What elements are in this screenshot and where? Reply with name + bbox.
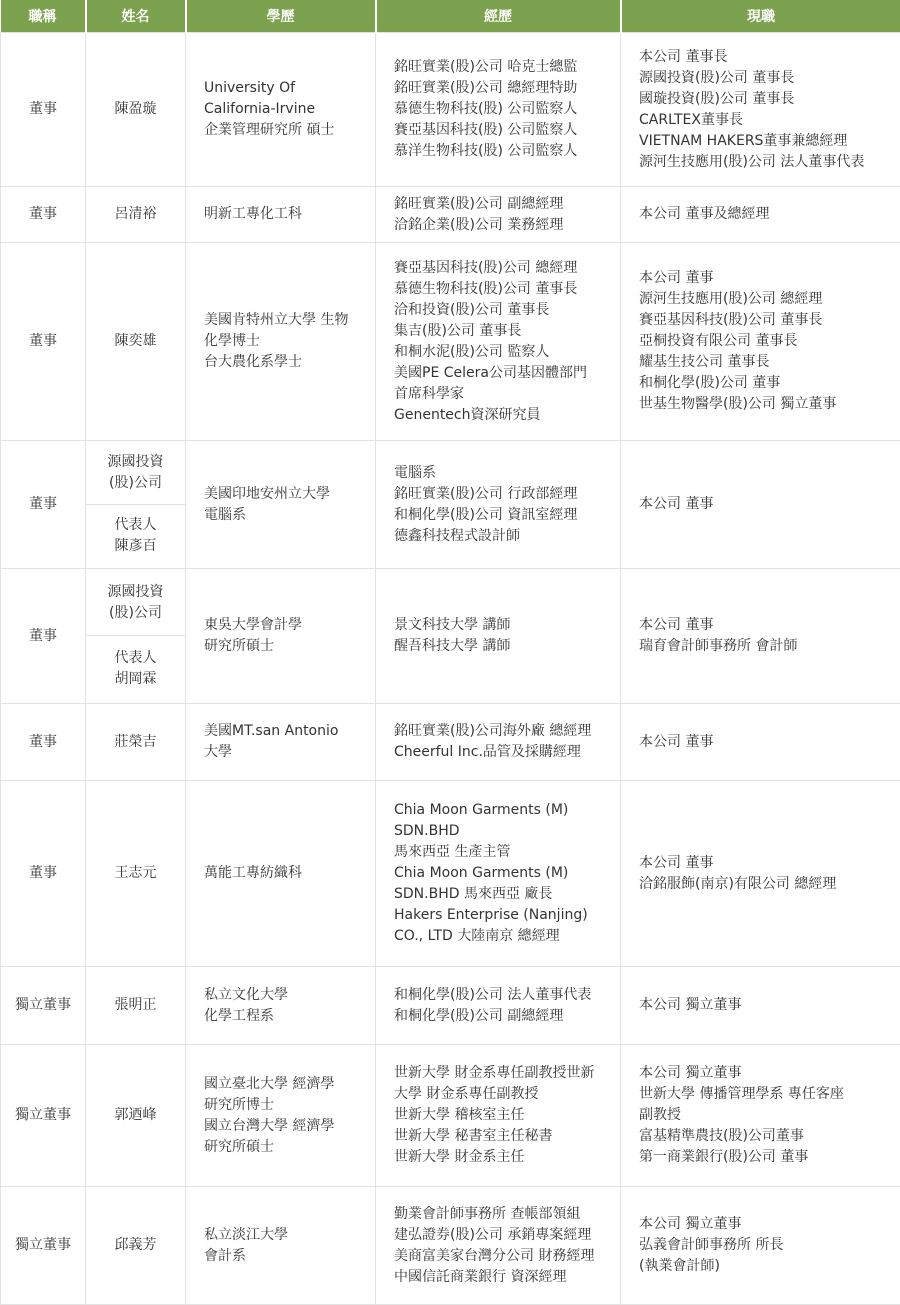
table-row: 董事呂清裕明新工專化工科銘旺實業(股)公司 副總經理 洽銘企業(股)公司 業務經…: [1, 187, 900, 243]
header-row: 職稱 姓名 學歷 經歷 現職: [1, 0, 900, 33]
cell-name: 源國投資 (股)公司代表人 胡岡霖: [86, 569, 186, 704]
cell-experience: 景文科技大學 講師 醒吾科技大學 講師: [376, 569, 621, 704]
name-split-wrap: 源國投資 (股)公司代表人 胡岡霖: [86, 570, 185, 702]
name-representative: 代表人 胡岡霖: [86, 636, 185, 702]
table-row: 董事源國投資 (股)公司代表人 胡岡霖東吳大學會計學 研究所碩士景文科技大學 講…: [1, 569, 900, 704]
cell-education: 私立淡江大學 會計系: [186, 1187, 376, 1305]
table-row: 董事莊榮吉美國MT.san Antonio 大學銘旺實業(股)公司海外廠 總經理…: [1, 704, 900, 781]
header-current: 現職: [621, 0, 900, 33]
cell-title: 董事: [1, 441, 86, 569]
name-representative: 代表人 陳彥百: [86, 505, 185, 567]
header-education: 學歷: [186, 0, 376, 33]
cell-current-position: 本公司 董事: [621, 441, 900, 569]
table-row: 獨立董事張明正私立文化大學 化學工程系和桐化學(股)公司 法人董事代表 和桐化學…: [1, 967, 900, 1045]
cell-current-position: 本公司 董事及總經理: [621, 187, 900, 243]
cell-experience: 和桐化學(股)公司 法人董事代表 和桐化學(股)公司 副總經理: [376, 967, 621, 1045]
table-header: 職稱 姓名 學歷 經歷 現職: [1, 0, 900, 33]
cell-name: 張明正: [86, 967, 186, 1045]
table-row: 獨立董事郭迺峰國立臺北大學 經濟學 研究所博士 國立台灣大學 經濟學 研究所碩士…: [1, 1045, 900, 1187]
cell-title: 獨立董事: [1, 1045, 86, 1187]
cell-title: 獨立董事: [1, 967, 86, 1045]
name-split-wrap: 源國投資 (股)公司代表人 陳彥百: [86, 443, 185, 567]
cell-title: 董事: [1, 704, 86, 781]
table-row: 董事陳奕雄美國肯特州立大學 生物 化學博士 台大農化系學士賽亞基因科技(股)公司…: [1, 243, 900, 441]
name-corporate-shareholder: 源國投資 (股)公司: [86, 443, 185, 505]
cell-name: 郭迺峰: [86, 1045, 186, 1187]
header-title: 職稱: [1, 0, 86, 33]
cell-education: University Of California-Irvine 企業管理研究所 …: [186, 33, 376, 187]
cell-current-position: 本公司 獨立董事 世新大學 傳播管理學系 專任客座 副教授 富基精準農技(股)公…: [621, 1045, 900, 1187]
cell-title: 董事: [1, 781, 86, 967]
cell-current-position: 本公司 董事 瑞育會計師事務所 會計師: [621, 569, 900, 704]
table-row: 董事陳盈璇University Of California-Irvine 企業管…: [1, 33, 900, 187]
cell-experience: 電腦系 銘旺實業(股)公司 行政部經理 和桐化學(股)公司 資訊室經理 德鑫科技…: [376, 441, 621, 569]
cell-education: 東吳大學會計學 研究所碩士: [186, 569, 376, 704]
cell-name: 陳奕雄: [86, 243, 186, 441]
name-corporate-shareholder: 源國投資 (股)公司: [86, 570, 185, 636]
cell-education: 美國MT.san Antonio 大學: [186, 704, 376, 781]
cell-education: 明新工專化工科: [186, 187, 376, 243]
cell-current-position: 本公司 獨立董事: [621, 967, 900, 1045]
cell-title: 董事: [1, 187, 86, 243]
cell-experience: 銘旺實業(股)公司 副總經理 洽銘企業(股)公司 業務經理: [376, 187, 621, 243]
table-row: 獨立董事邱義芳私立淡江大學 會計系勤業會計師事務所 查帳部領組 建弘證券(股)公…: [1, 1187, 900, 1305]
table-row: 董事王志元萬能工專紡織科Chia Moon Garments (M) SDN.B…: [1, 781, 900, 967]
table-row: 董事源國投資 (股)公司代表人 陳彥百美國印地安州立大學 電腦系電腦系 銘旺實業…: [1, 441, 900, 569]
cell-education: 私立文化大學 化學工程系: [186, 967, 376, 1045]
cell-current-position: 本公司 董事 源河生技應用(股)公司 總經理 賽亞基因科技(股)公司 董事長 亞…: [621, 243, 900, 441]
cell-experience: 世新大學 財金系專任副教授世新 大學 財金系專任副教授 世新大學 稽核室主任 世…: [376, 1045, 621, 1187]
cell-education: 美國肯特州立大學 生物 化學博士 台大農化系學士: [186, 243, 376, 441]
cell-name: 呂清裕: [86, 187, 186, 243]
header-name: 姓名: [86, 0, 186, 33]
cell-name: 源國投資 (股)公司代表人 陳彥百: [86, 441, 186, 569]
cell-name: 莊榮吉: [86, 704, 186, 781]
cell-current-position: 本公司 獨立董事 弘義會計師事務所 所長 (執業會計師): [621, 1187, 900, 1305]
table-body: 董事陳盈璇University Of California-Irvine 企業管…: [1, 33, 900, 1305]
cell-experience: 勤業會計師事務所 查帳部領組 建弘證券(股)公司 承銷專案經理 美商富美家台灣分…: [376, 1187, 621, 1305]
cell-name: 邱義芳: [86, 1187, 186, 1305]
cell-education: 美國印地安州立大學 電腦系: [186, 441, 376, 569]
cell-title: 董事: [1, 243, 86, 441]
directors-table: 職稱 姓名 學歷 經歷 現職 董事陳盈璇University Of Califo…: [0, 0, 900, 1305]
cell-current-position: 本公司 董事 洽銘服飾(南京)有限公司 總經理: [621, 781, 900, 967]
cell-experience: Chia Moon Garments (M) SDN.BHD 馬來西亞 生產主管…: [376, 781, 621, 967]
cell-title: 獨立董事: [1, 1187, 86, 1305]
cell-name: 王志元: [86, 781, 186, 967]
cell-education: 萬能工專紡織科: [186, 781, 376, 967]
cell-current-position: 本公司 董事長 源國投資(股)公司 董事長 國璇投資(股)公司 董事長 CARL…: [621, 33, 900, 187]
cell-title: 董事: [1, 33, 86, 187]
cell-current-position: 本公司 董事: [621, 704, 900, 781]
header-experience: 經歷: [376, 0, 621, 33]
cell-experience: 賽亞基因科技(股)公司 總經理 慕德生物科技(股)公司 董事長 洽和投資(股)公…: [376, 243, 621, 441]
cell-title: 董事: [1, 569, 86, 704]
directors-page: 職稱 姓名 學歷 經歷 現職 董事陳盈璇University Of Califo…: [0, 0, 900, 1305]
cell-education: 國立臺北大學 經濟學 研究所博士 國立台灣大學 經濟學 研究所碩士: [186, 1045, 376, 1187]
cell-experience: 銘旺實業(股)公司海外廠 總經理 Cheerful Inc.品管及採購經理: [376, 704, 621, 781]
cell-name: 陳盈璇: [86, 33, 186, 187]
cell-experience: 銘旺實業(股)公司 哈克士總監 銘旺實業(股)公司 總經理特助 慕德生物科技(股…: [376, 33, 621, 187]
